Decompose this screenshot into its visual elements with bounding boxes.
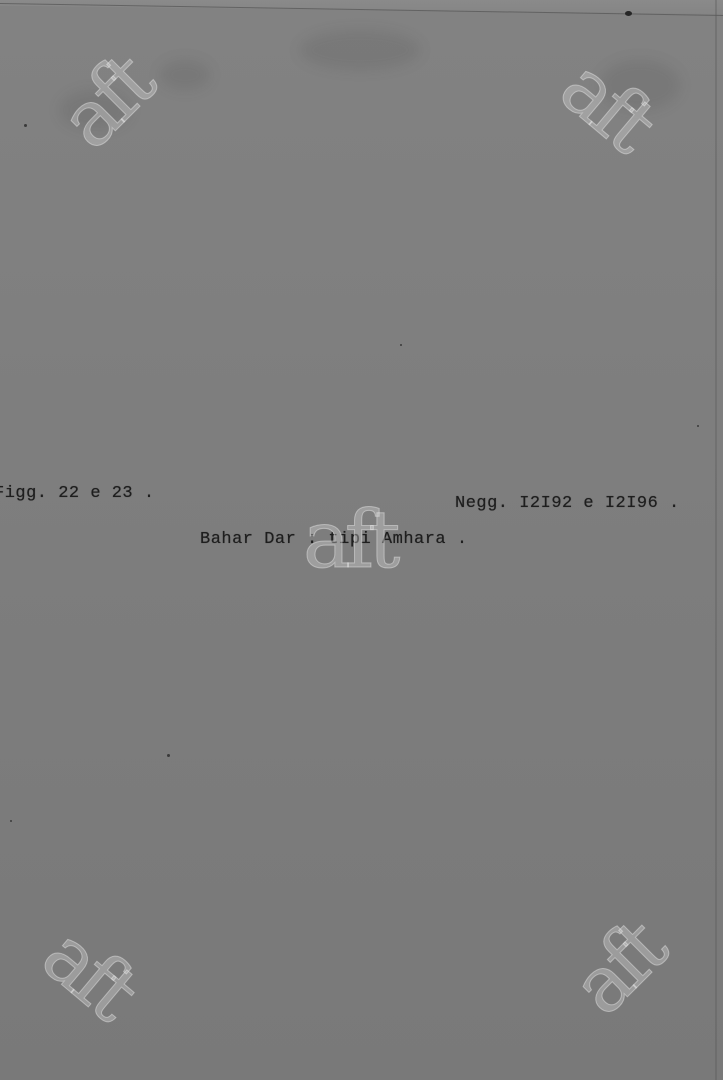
negative-reference: Negg. I2I92 e I2I96 .: [455, 494, 680, 513]
stain: [300, 30, 420, 70]
figure-reference: Figg. 22 e 23 .: [0, 484, 155, 503]
speck: [10, 820, 12, 822]
speck: [400, 344, 402, 346]
watermark: aft: [47, 44, 165, 162]
scanned-page: aft aft aft aft Figg. 22 e 23 . Negg. I2…: [0, 0, 723, 1080]
watermark: aft: [29, 915, 147, 1032]
speck: [697, 425, 699, 427]
watermark: aft: [303, 500, 394, 580]
paper-right-edge: [715, 0, 717, 1080]
speck: [167, 754, 170, 757]
speck: [24, 124, 27, 127]
ink-blot: [625, 11, 632, 16]
stain: [160, 60, 210, 90]
paper-top-edge: [0, 0, 723, 14]
watermark: aft: [559, 910, 677, 1028]
